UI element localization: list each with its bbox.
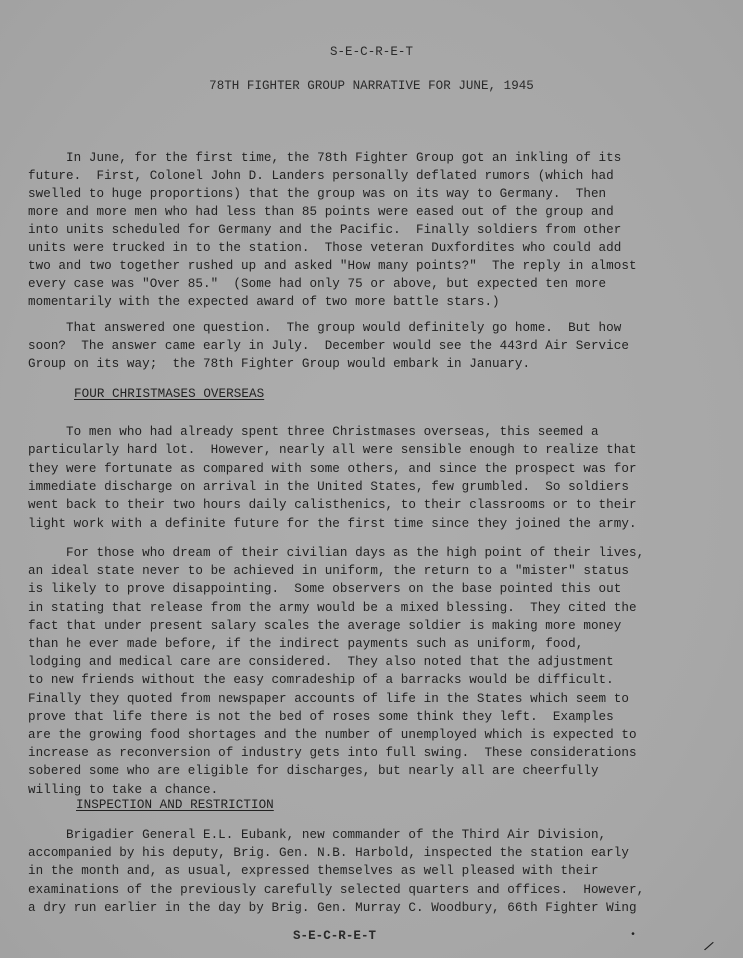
text-line: lodging and medical care are considered.… <box>28 654 614 670</box>
text-line: they were fortunate as compared with som… <box>28 461 637 477</box>
text-line: a dry run earlier in the day by Brig. Ge… <box>28 900 637 916</box>
text-line: fact that under present salary scales th… <box>28 618 621 634</box>
text-line: Finally they quoted from newspaper accou… <box>28 691 629 707</box>
document-page: S-E-C-R-E-T 78TH FIGHTER GROUP NARRATIVE… <box>0 0 743 958</box>
text-line: into units scheduled for Germany and the… <box>28 222 621 238</box>
text-line: prove that life there is not the bed of … <box>28 709 614 725</box>
text-line: to new friends without the easy comrades… <box>28 672 614 688</box>
text-line: In June, for the first time, the 78th Fi… <box>28 150 621 166</box>
text-line: an ideal state never to be achieved in u… <box>28 563 629 579</box>
text-line: is likely to prove disappointing. Some o… <box>28 581 621 597</box>
text-line: went back to their two hours daily calis… <box>28 497 637 513</box>
text-line: than he ever made before, if the indirec… <box>28 636 583 652</box>
stray-dot-mark: • <box>630 930 636 941</box>
text-line: immediate discharge on arrival in the Un… <box>28 479 629 495</box>
classification-bottom: S-E-C-R-E-T <box>293 928 376 944</box>
text-line: swelled to huge proportions) that the gr… <box>28 186 606 202</box>
text-line: That answered one question. The group wo… <box>28 320 621 336</box>
text-line: light work with a definite future for th… <box>28 516 637 532</box>
text-line: increase as reconversion of industry get… <box>28 745 637 761</box>
text-line: future. First, Colonel John D. Landers p… <box>28 168 614 184</box>
text-line: willing to take a chance. <box>28 782 218 798</box>
text-line: sobered some who are eligible for discha… <box>28 763 599 779</box>
text-line: two and two together rushed up and asked… <box>28 258 637 274</box>
classification-top: S-E-C-R-E-T <box>0 44 743 60</box>
text-line: every case was "Over 85." (Some had only… <box>28 276 606 292</box>
text-line: To men who had already spent three Chris… <box>28 424 599 440</box>
text-line: units were trucked in to the station. Th… <box>28 240 621 256</box>
document-title: 78TH FIGHTER GROUP NARRATIVE FOR JUNE, 1… <box>0 78 743 94</box>
text-line: momentarily with the expected award of t… <box>28 294 500 310</box>
text-line: are the growing food shortages and the n… <box>28 727 637 743</box>
text-line: Brigadier General E.L. Eubank, new comma… <box>28 827 606 843</box>
text-line: particularly hard lot. However, nearly a… <box>28 442 637 458</box>
text-line: more and more men who had less than 85 p… <box>28 204 614 220</box>
text-line: accompanied by his deputy, Brig. Gen. N.… <box>28 845 629 861</box>
text-line: in the month and, as usual, expressed th… <box>28 863 599 879</box>
stray-pen-mark: / <box>702 939 715 957</box>
heading-inspection: INSPECTION AND RESTRICTION <box>76 797 274 813</box>
text-line: Group on its way; the 78th Fighter Group… <box>28 356 530 372</box>
text-line: in stating that release from the army wo… <box>28 600 637 616</box>
heading-four-christmases: FOUR CHRISTMASES OVERSEAS <box>74 386 264 402</box>
text-line: examinations of the previously carefully… <box>28 882 644 898</box>
text-line: soon? The answer came early in July. Dec… <box>28 338 629 354</box>
text-line: For those who dream of their civilian da… <box>28 545 644 561</box>
